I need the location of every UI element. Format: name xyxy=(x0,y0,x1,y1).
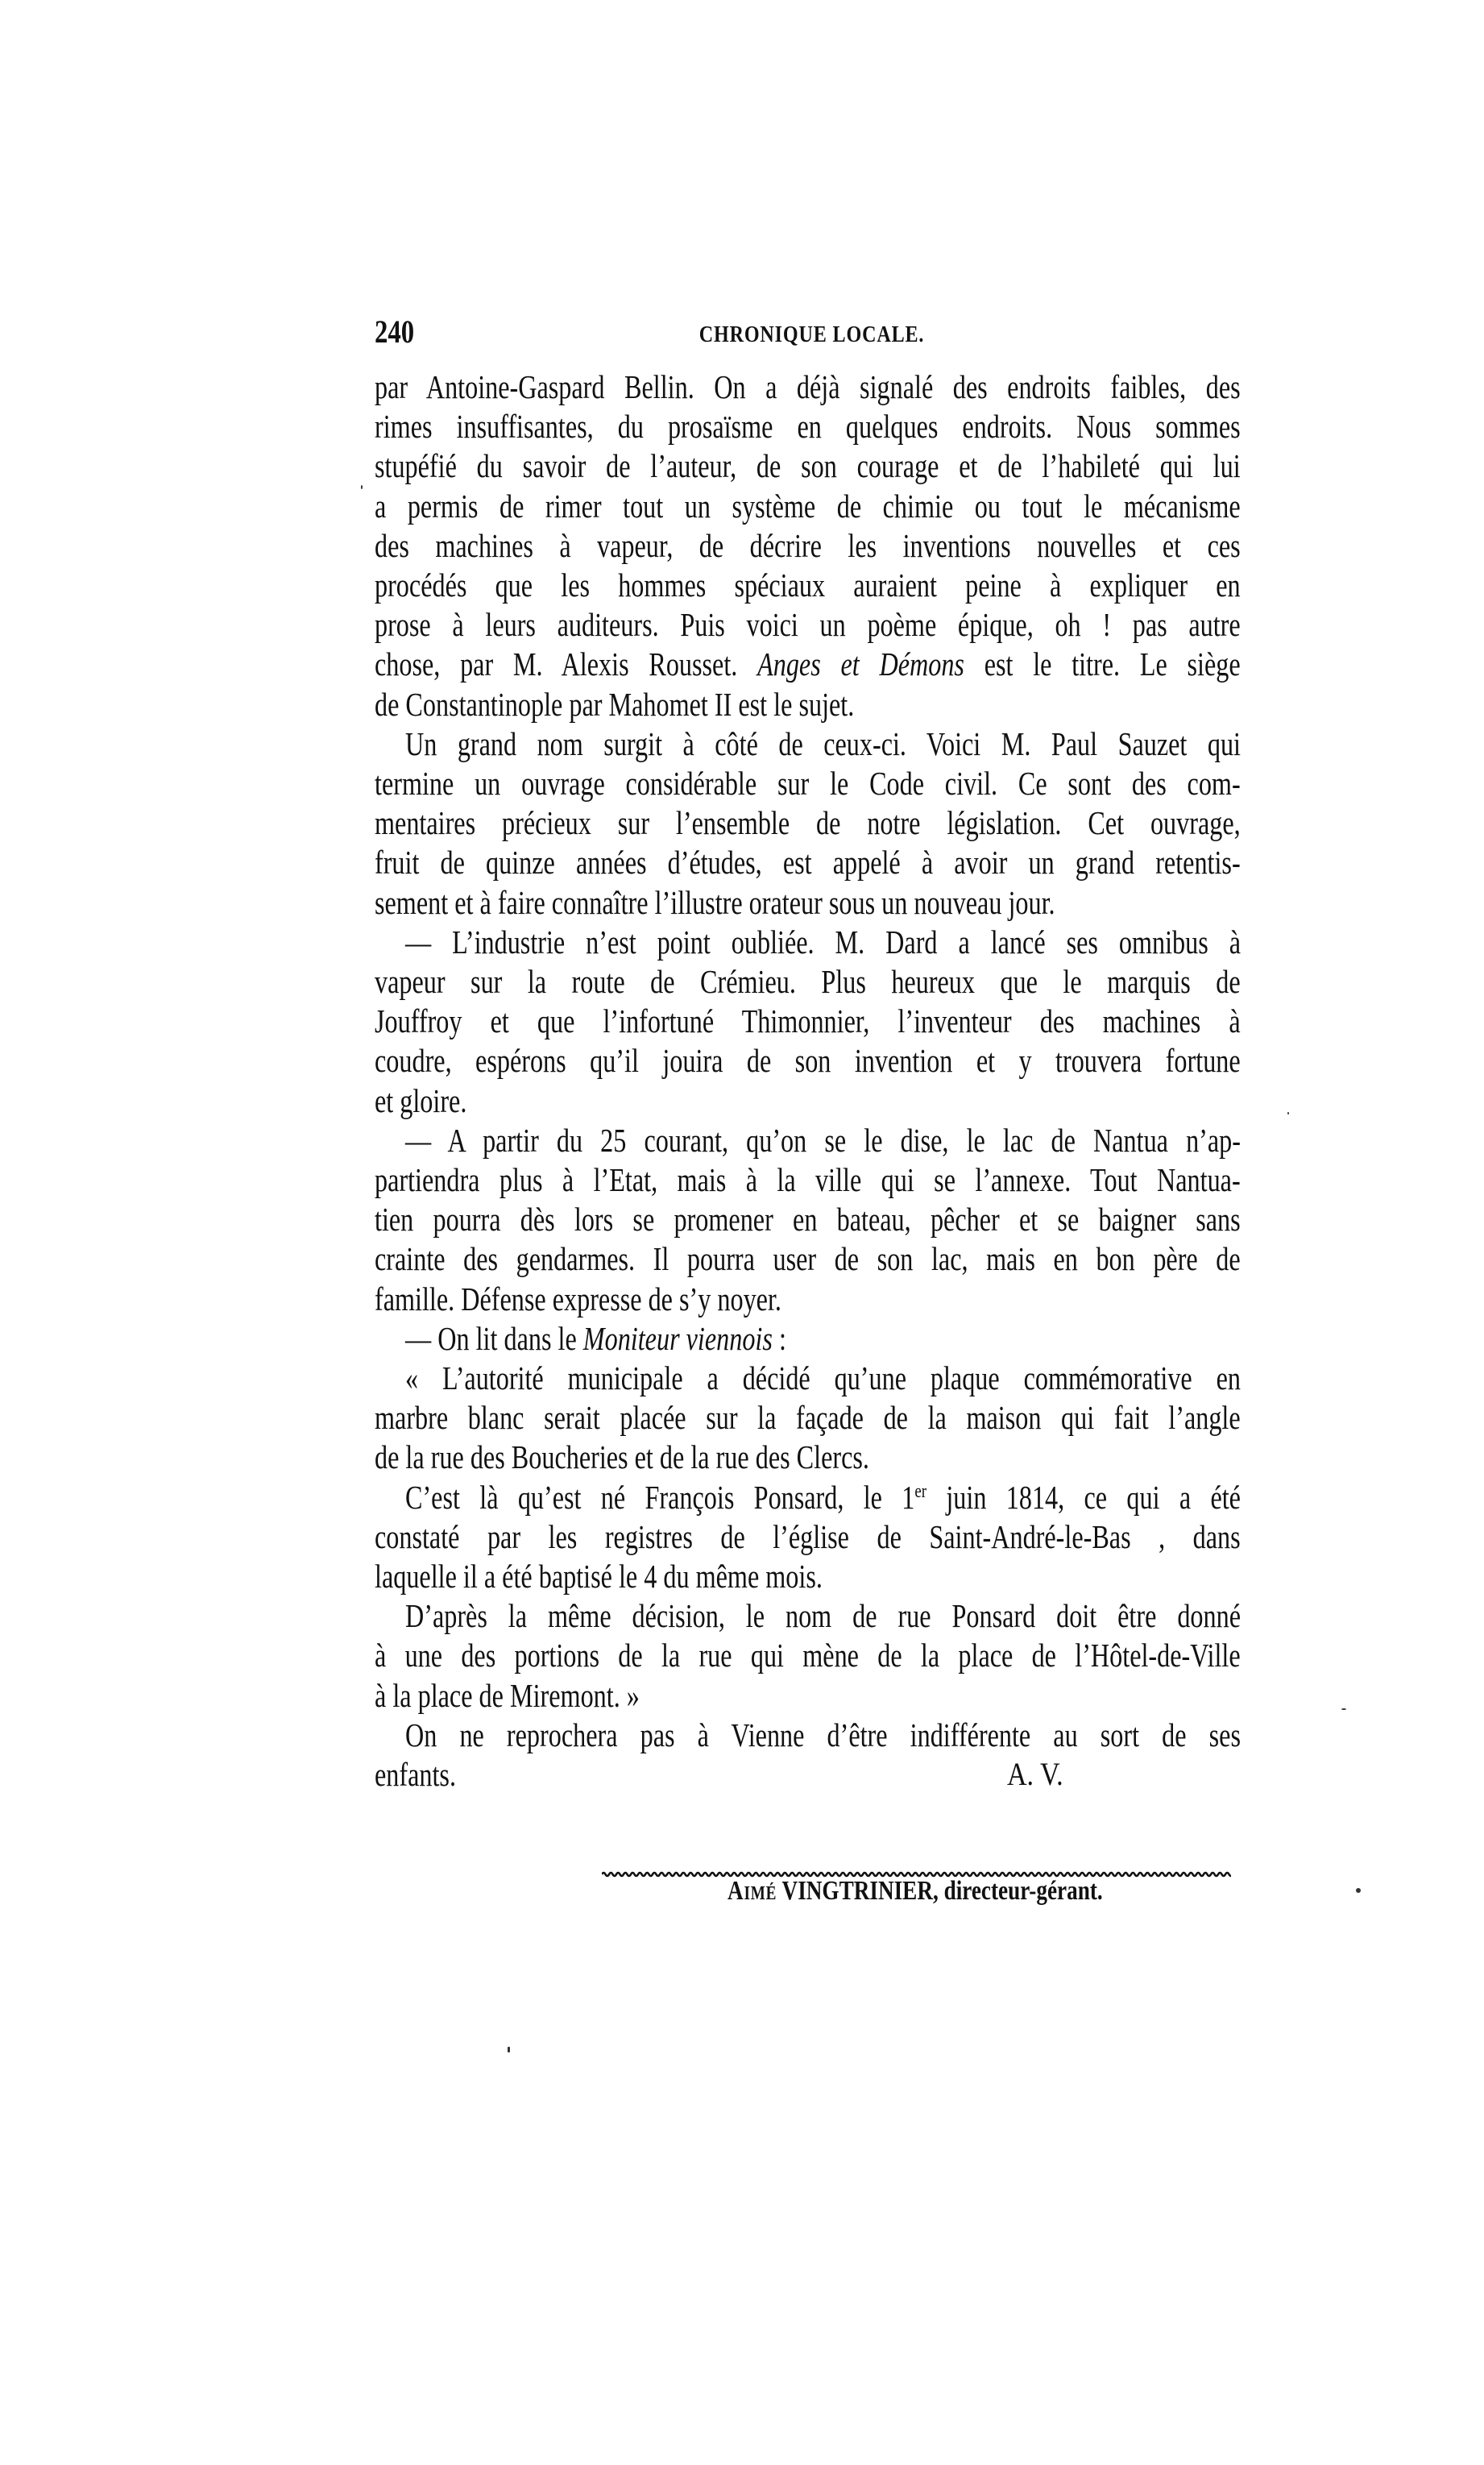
text-line: et gloire. xyxy=(375,1081,466,1121)
text-line: de Constantinople par Mahomet II est le … xyxy=(375,684,854,724)
text-line: rimes insuffisantes, du prosaïsme en que… xyxy=(375,406,1241,446)
text-line: des machines à vapeur, de décrire les in… xyxy=(375,525,1241,566)
text-line: partiendra plus à l’Etat, mais à la vill… xyxy=(375,1160,1241,1200)
text-line: — On lit dans le Moniteur viennois : xyxy=(405,1318,786,1359)
text-line: prose à leurs auditeurs. Puis voici un p… xyxy=(375,604,1241,645)
text-line: procédés que les hommes spéciaux auraien… xyxy=(375,565,1241,605)
text-line: « L’autorité municipale a décidé qu’une … xyxy=(405,1358,1241,1398)
text-line: On ne reprochera pas à Vienne d’être ind… xyxy=(405,1715,1241,1755)
running-head-text: CHRONIQUE LOCALE. xyxy=(699,321,925,350)
text-line: chose, par M. Alexis Rousset. Anges et D… xyxy=(375,644,1241,684)
text-line: termine un ouvrage considérable sur le C… xyxy=(375,763,1241,803)
text-line: à la place de Miremont. » xyxy=(375,1675,640,1716)
publisher-signature: Aimé VINGTRINIER, directeur-gérant. xyxy=(727,1878,1101,1905)
text-line: C’est là qu’est né François Ponsard, le … xyxy=(405,1477,1241,1517)
text-line: stupéfié du savoir de l’auteur, de son c… xyxy=(375,446,1241,486)
text-line: fruit de quinze années d’études, est app… xyxy=(375,842,1241,882)
text-line: Un grand nom surgit à côté de ceux-ci. V… xyxy=(405,724,1241,764)
text-line: marbre blanc serait placée sur la façade… xyxy=(375,1397,1241,1438)
text-line: famille. Défense expresse de s’y noyer. xyxy=(375,1279,781,1319)
running-head: CHRONIQUE LOCALE. xyxy=(681,321,937,350)
text-line: tien pourra dès lors se promener en bate… xyxy=(375,1199,1241,1239)
signature-first-name: Aimé xyxy=(727,1876,777,1906)
italic-title: Moniteur viennois xyxy=(583,1320,773,1357)
scan-speck xyxy=(508,2047,510,2052)
text-line: enfants. xyxy=(375,1754,456,1795)
page-number: 240 xyxy=(375,316,414,348)
text-line: Jouffroy et que l’infortuné Thimonnier, … xyxy=(375,1001,1241,1041)
text-line: sement et à faire connaître l’illustre o… xyxy=(375,882,1055,923)
text-line: par Antoine-Gaspard Bellin. On a déjà si… xyxy=(375,367,1241,407)
document-page: 240 CHRONIQUE LOCALE. par Antoine-Gaspar… xyxy=(0,0,1484,2465)
text-line: mentaires précieux sur l’ensemble de not… xyxy=(375,803,1241,843)
text-line: crainte des gendarmes. Il pourra user de… xyxy=(375,1239,1241,1279)
scan-speck xyxy=(1341,1708,1346,1710)
text-line: coudre, espérons qu’il jouira de son inv… xyxy=(375,1040,1241,1081)
author-initials: A. V. xyxy=(1007,1754,1063,1795)
text-line: D’après la même décision, le nom de rue … xyxy=(405,1596,1241,1636)
text-line: à une des portions de la rue qui mène de… xyxy=(375,1635,1241,1675)
text-line: laquelle il a été baptisé le 4 du même m… xyxy=(375,1556,823,1596)
text-line: vapeur sur la route de Crémieu. Plus heu… xyxy=(375,961,1241,1002)
text-line: — L’industrie n’est point oubliée. M. Da… xyxy=(405,922,1241,962)
scan-speck xyxy=(361,485,363,489)
text-line: — A partir du 25 courant, qu’on se le di… xyxy=(405,1120,1241,1160)
signature-name-title: VINGTRINIER, directeur-gérant. xyxy=(777,1876,1102,1906)
scan-speck xyxy=(1356,1888,1361,1893)
superscript: er xyxy=(914,1481,926,1502)
scan-speck xyxy=(1287,1112,1289,1114)
text-line: de la rue des Boucheries et de la rue de… xyxy=(375,1437,869,1477)
italic-title: Anges et Démons xyxy=(757,645,964,683)
text-line: a permis de rimer tout un système de chi… xyxy=(375,486,1241,526)
text-line: constaté par les registres de l’église d… xyxy=(375,1517,1241,1557)
